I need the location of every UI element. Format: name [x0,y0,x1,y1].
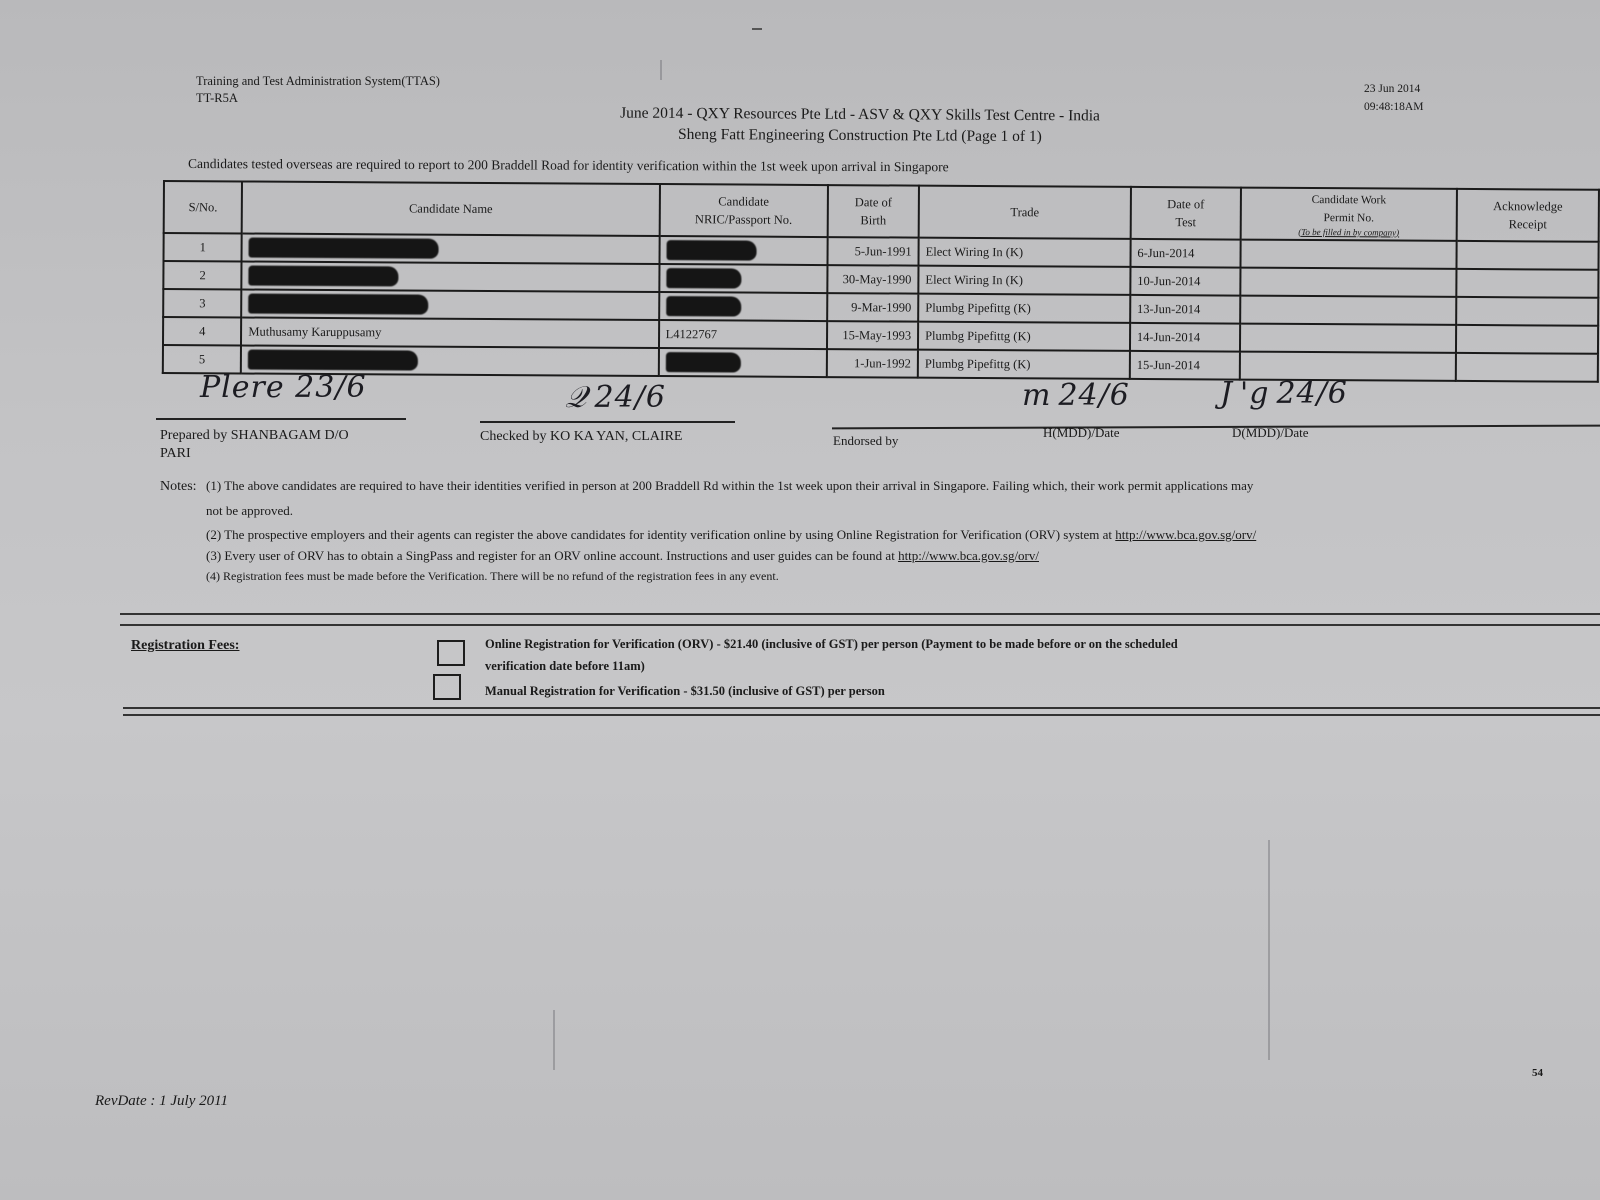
cell-work-permit [1240,240,1456,269]
revision-date: RevDate : 1 July 2011 [95,1093,228,1110]
form-code: TT-R5A [196,90,440,107]
divider [123,707,1600,709]
note-1: Notes:(1) The above candidates are requi… [160,475,1560,497]
col-acknowledge: AcknowledgeReceipt [1457,189,1599,242]
cell-sno: 4 [163,317,242,345]
note-1-cont: not be approved. [160,497,1560,521]
col-dob: Date ofBirth [828,185,919,238]
cell-trade: Plumbg Pipefittg (K) [918,350,1130,379]
divider [123,714,1600,716]
cell-test-date: 14-Jun-2014 [1130,323,1240,352]
cell-trade: Plumbg Pipefittg (K) [918,322,1130,351]
cell-name: Muthusamy Karuppusamy [241,317,658,348]
cell-nric: L4122767 [659,320,828,349]
orv-link[interactable]: http://www.bca.gov.sg/orv/ [1115,527,1256,542]
signature-scribble: 𝒬 [565,380,595,415]
col-name: Candidate Name [242,181,660,236]
cell-acknowledge [1456,241,1598,270]
cell-work-permit [1240,324,1456,353]
print-time: 09:48:18AM [1364,98,1423,116]
checked-by: Checked by KO KA YAN, CLAIRE [480,428,682,446]
online-registration-checkbox[interactable] [437,640,465,666]
title-line-1: June 2014 - QXY Resources Pte Ltd - ASV … [540,102,1180,127]
manual-registration-checkbox[interactable] [433,674,461,700]
document-header: Training and Test Administration System(… [196,73,440,107]
divider [120,613,1600,615]
h-date-label: H(MDD)/Date [1043,424,1120,442]
redaction-mark [666,268,741,288]
paper-mark [752,28,762,30]
title-line-2: Sheng Fatt Engineering Construction Pte … [540,123,1180,148]
cell-acknowledge [1456,269,1598,298]
h-signature: m 24/6 [1022,378,1130,413]
orv-guides-link[interactable]: http://www.bca.gov.sg/orv/ [898,548,1039,563]
cell-dob: 30-May-1990 [827,265,918,294]
prepared-signature: Plere 23/6 [200,370,367,405]
cell-work-permit [1240,296,1456,325]
cell-nric [659,264,828,293]
cell-trade: Elect Wiring In (K) [919,238,1131,267]
cell-acknowledge [1456,297,1598,326]
cell-sno: 3 [163,289,242,317]
col-nric: CandidateNRIC/Passport No. [659,184,828,237]
cell-sno: 1 [164,233,243,261]
paper-crease [553,1010,555,1070]
col-trade: Trade [919,186,1131,239]
redaction-mark [248,350,418,371]
col-work-permit: Candidate WorkPermit No.(To be filled in… [1241,188,1457,241]
cell-acknowledge [1456,325,1598,354]
print-date: 23 Jun 2014 [1364,80,1423,98]
cell-dob: 5-Jun-1991 [827,237,918,266]
cell-test-date: 6-Jun-2014 [1130,239,1240,268]
candidates-table: S/No. Candidate Name CandidateNRIC/Passp… [162,180,1600,383]
note-4: (4) Registration fees must be made befor… [160,566,1560,587]
col-test-date: Date ofTest [1131,187,1241,240]
d-date-label: D(MDD)/Date [1232,424,1309,442]
online-registration-option: Online Registration for Verification (OR… [485,633,1178,677]
cell-dob: 1-Jun-1992 [827,349,918,378]
redaction-mark [665,352,740,372]
checked-signature: 𝒬 24/6 [565,380,666,415]
cell-nric [659,236,828,265]
table-header-row: S/No. Candidate Name CandidateNRIC/Passp… [164,181,1599,242]
checked-signature-line [480,421,735,423]
endorsed-signature-line [832,425,1600,430]
paper-crease [660,60,662,80]
cell-name [242,289,659,320]
note-3: (3) Every user of ORV has to obtain a Si… [160,545,1560,566]
redaction-mark [249,266,399,287]
cell-acknowledge [1456,353,1598,382]
note-2: (2) The prospective employers and their … [160,521,1560,545]
paper-crease [1268,840,1270,1060]
d-signature: J 'g 24/6 [1220,376,1348,411]
redaction-mark [666,296,741,316]
col-sno: S/No. [164,181,243,233]
system-name: Training and Test Administration System(… [196,73,440,90]
manual-registration-option: Manual Registration for Verification - $… [485,680,885,702]
prepared-signature-line [156,418,406,420]
redaction-mark [249,294,429,315]
cell-test-date: 10-Jun-2014 [1130,267,1240,296]
cell-name [242,233,659,264]
cell-work-permit [1240,268,1456,297]
prepared-by: Prepared by SHANBAGAM D/O PARI [160,427,349,463]
redaction-mark [666,240,756,261]
cell-test-date: 13-Jun-2014 [1130,295,1240,324]
cell-trade: Elect Wiring In (K) [918,266,1130,295]
cell-nric [659,292,828,321]
endorsed-by: Endorsed by [833,432,898,450]
cell-sno: 2 [163,261,242,289]
cell-trade: Plumbg Pipefittg (K) [918,294,1130,323]
redaction-mark [249,238,439,259]
print-timestamp: 23 Jun 2014 09:48:18AM [1364,80,1423,116]
registration-fees-label: Registration Fees: [131,638,239,654]
cell-name [242,261,659,292]
divider [120,624,1600,626]
cell-dob: 9-Mar-1990 [827,293,918,322]
instruction-text: Candidates tested overseas are required … [188,156,949,175]
document-title: June 2014 - QXY Resources Pte Ltd - ASV … [540,102,1180,148]
page-mark: 54 [1532,1067,1543,1079]
notes-section: Notes:(1) The above candidates are requi… [160,475,1560,587]
cell-nric [658,348,827,377]
cell-dob: 15-May-1993 [827,321,918,350]
